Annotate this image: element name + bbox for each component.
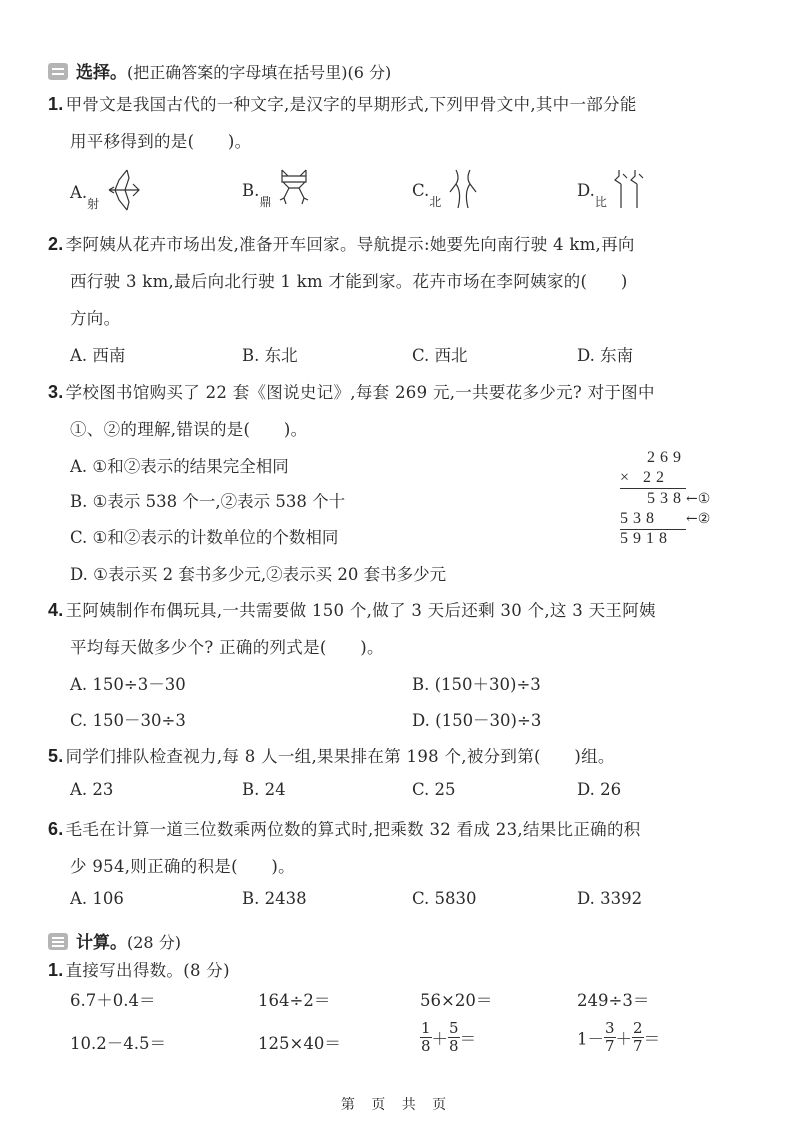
q2-text-1: 李阿姨从花卉市场出发,准备开车回家。导航提示:她要先向南行驶 4 km,再向 xyxy=(66,235,635,254)
oracle-ding-icon xyxy=(278,168,310,208)
multiplicand: 269 xyxy=(620,448,686,468)
section-2-title: 选择。 xyxy=(76,63,127,83)
partial-1: 538 xyxy=(647,489,686,509)
option-label: A. xyxy=(70,183,87,202)
operator: ＋ xyxy=(616,1030,633,1049)
numerator: 3 xyxy=(604,1020,616,1038)
q6-line-1: 6.毛毛在计算一道三位数乘两位数的算式时,把乘数 32 看成 23,结果比正确的… xyxy=(48,816,641,840)
option-label: B. xyxy=(242,181,259,200)
q3-text-1: 学校图书馆购买了 22 套《图说史记》,每套 269 元,一共要花多少元? 对于… xyxy=(66,383,655,402)
q5-line-1: 5.同学们排队检查视力,每 8 人一组,果果排在第 198 个,被分到第( )组… xyxy=(48,743,615,767)
numerator: 5 xyxy=(448,1020,460,1038)
section-2-note: (把正确答案的字母填在括号里)(6 分) xyxy=(127,63,391,82)
q6-option-a[interactable]: A. 106 xyxy=(70,889,124,908)
partial-1-row: 538 ←① xyxy=(620,489,730,509)
option-label: D. xyxy=(577,181,595,200)
partial-1-marker: ←① xyxy=(686,489,710,509)
denominator: 8 xyxy=(449,1038,459,1055)
q5-option-d[interactable]: D. 26 xyxy=(577,780,621,799)
q2-option-a[interactable]: A. 西南 xyxy=(70,342,125,366)
product: 5918 xyxy=(620,529,686,549)
q5-option-b[interactable]: B. 24 xyxy=(242,780,286,799)
option-char: 北 xyxy=(429,195,441,209)
q5-text-1: 同学们排队检查视力,每 8 人一组,果果排在第 198 个,被分到第( )组。 xyxy=(66,747,615,766)
calc-item-6[interactable]: 125×40＝ xyxy=(258,1030,341,1054)
q3-option-b[interactable]: B. ①表示 538 个一,②表示 538 个十 xyxy=(70,488,345,512)
calc-item-5[interactable]: 10.2－4.5＝ xyxy=(70,1030,166,1054)
q4-option-d[interactable]: D. (150－30)÷3 xyxy=(412,707,541,731)
equals: ＝ xyxy=(460,1030,477,1049)
option-char: 比 xyxy=(595,195,607,209)
s3-sub1-title: 直接写出得数。(8 分) xyxy=(66,961,230,980)
oracle-bi-icon xyxy=(613,168,647,210)
section-3-note: (28 分) xyxy=(127,933,181,952)
operator: ＋ xyxy=(432,1030,449,1049)
q5-number: 5. xyxy=(48,746,64,766)
q6-option-c[interactable]: C. 5830 xyxy=(412,889,477,908)
numerator: 1 xyxy=(420,1020,432,1038)
oracle-bei-icon xyxy=(448,168,480,210)
partial-2-row: 538 ←② xyxy=(620,509,730,529)
q4-option-b[interactable]: B. (150＋30)÷3 xyxy=(412,671,541,695)
numerator: 2 xyxy=(632,1020,644,1038)
q3-option-c[interactable]: C. ①和②表示的计数单位的个数相同 xyxy=(70,524,338,548)
option-char: 射 xyxy=(87,197,99,211)
equals: ＝ xyxy=(644,1030,661,1049)
q4-option-c[interactable]: C. 150－30÷3 xyxy=(70,707,186,731)
q3-line-1: 3.学校图书馆购买了 22 套《图说史记》,每套 269 元,一共要花多少元? … xyxy=(48,379,655,403)
q2-option-c[interactable]: C. 西北 xyxy=(412,342,468,366)
calc-item-1[interactable]: 6.7＋0.4＝ xyxy=(70,987,155,1011)
q1-number: 1. xyxy=(48,94,64,114)
section-3-title: 计算。 xyxy=(76,933,127,953)
q2-option-d[interactable]: D. 东南 xyxy=(577,342,633,366)
q6-option-d[interactable]: D. 3392 xyxy=(577,889,642,908)
calc-item-7[interactable]: 18＋58＝ xyxy=(420,1020,476,1055)
denominator: 7 xyxy=(633,1038,643,1055)
fraction: 58 xyxy=(448,1020,460,1055)
oracle-she-icon xyxy=(105,168,145,212)
section-3-header: 计算。(28 分) xyxy=(48,928,181,953)
q6-text-1: 毛毛在计算一道三位数乘两位数的算式时,把乘数 32 看成 23,结果比正确的积 xyxy=(66,820,641,839)
partial-2-marker: ←② xyxy=(686,509,710,529)
calc-item-4[interactable]: 249÷3＝ xyxy=(577,987,649,1011)
q3-line-2: ①、②的理解,错误的是( )。 xyxy=(70,416,307,440)
q2-number: 2. xyxy=(48,234,64,254)
section-two-icon xyxy=(48,63,68,80)
multiplier-row: × 22 xyxy=(620,468,686,488)
q1-option-a[interactable]: A.射 xyxy=(70,168,145,212)
q4-text-1: 王阿姨制作布偶玩具,一共需要做 150 个,做了 3 天后还剩 30 个,这 3… xyxy=(66,601,656,620)
q6-number: 6. xyxy=(48,819,64,839)
option-char: 鼎 xyxy=(259,195,271,209)
q3-option-a[interactable]: A. ①和②表示的结果完全相同 xyxy=(70,453,289,477)
section-three-icon xyxy=(48,933,68,950)
q1-option-c[interactable]: C.北 xyxy=(412,168,480,210)
q1-line-2: 用平移得到的是( )。 xyxy=(70,128,251,152)
q4-line-2: 平均每天做多少个? 正确的列式是( )。 xyxy=(70,634,384,658)
partial-2: 538 xyxy=(620,509,686,530)
multiplier: × 22 xyxy=(620,468,686,488)
q3-number: 3. xyxy=(48,382,64,402)
q5-option-c[interactable]: C. 25 xyxy=(412,780,456,799)
q6-line-2: 少 954,则正确的积是( )。 xyxy=(70,853,295,877)
q4-line-1: 4.王阿姨制作布偶玩具,一共需要做 150 个,做了 3 天后还剩 30 个,这… xyxy=(48,597,656,621)
calc-item-3[interactable]: 56×20＝ xyxy=(420,987,492,1011)
q4-number: 4. xyxy=(48,600,64,620)
s3-sub1-heading: 1.直接写出得数。(8 分) xyxy=(48,957,230,981)
q1-text-1: 甲骨文是我国古代的一种文字,是汉字的早期形式,下列甲骨文中,其中一部分能 xyxy=(66,95,637,114)
vertical-multiplication: 269 × 22 538 ←① 538 ←② 5918 xyxy=(620,448,730,549)
q3-option-d[interactable]: D. ①表示买 2 套书多少元,②表示买 20 套书多少元 xyxy=(70,561,446,585)
section-2-header: 选择。(把正确答案的字母填在括号里)(6 分) xyxy=(48,58,391,83)
denominator: 8 xyxy=(421,1038,431,1055)
q2-line-1: 2.李阿姨从花卉市场出发,准备开车回家。导航提示:她要先向南行驶 4 km,再向 xyxy=(48,231,635,255)
calc-item-8[interactable]: 1－37＋27＝ xyxy=(577,1020,660,1055)
fraction: 37 xyxy=(604,1020,616,1055)
page-footer: 第 页 共 页 xyxy=(0,1094,793,1114)
fraction: 18 xyxy=(420,1020,432,1055)
q1-option-b[interactable]: B.鼎 xyxy=(242,168,310,210)
q5-option-a[interactable]: A. 23 xyxy=(70,780,113,799)
q2-line-3: 方向。 xyxy=(70,305,120,329)
operand: 1－ xyxy=(577,1030,604,1049)
fraction: 27 xyxy=(632,1020,644,1055)
calc-item-2[interactable]: 164÷2＝ xyxy=(258,987,330,1011)
s3-sub1-number: 1. xyxy=(48,960,64,980)
q2-option-b[interactable]: B. 东北 xyxy=(242,342,298,366)
q2-line-2: 西行驶 3 km,最后向北行驶 1 km 才能到家。花卉市场在李阿姨家的( ) xyxy=(70,268,628,292)
q1-line-1: 1.甲骨文是我国古代的一种文字,是汉字的早期形式,下列甲骨文中,其中一部分能 xyxy=(48,91,637,115)
q1-option-d[interactable]: D.比 xyxy=(577,168,647,210)
q6-option-b[interactable]: B. 2438 xyxy=(242,889,307,908)
q4-option-a[interactable]: A. 150÷3－30 xyxy=(70,671,186,695)
option-label: C. xyxy=(412,181,429,200)
denominator: 7 xyxy=(605,1038,615,1055)
